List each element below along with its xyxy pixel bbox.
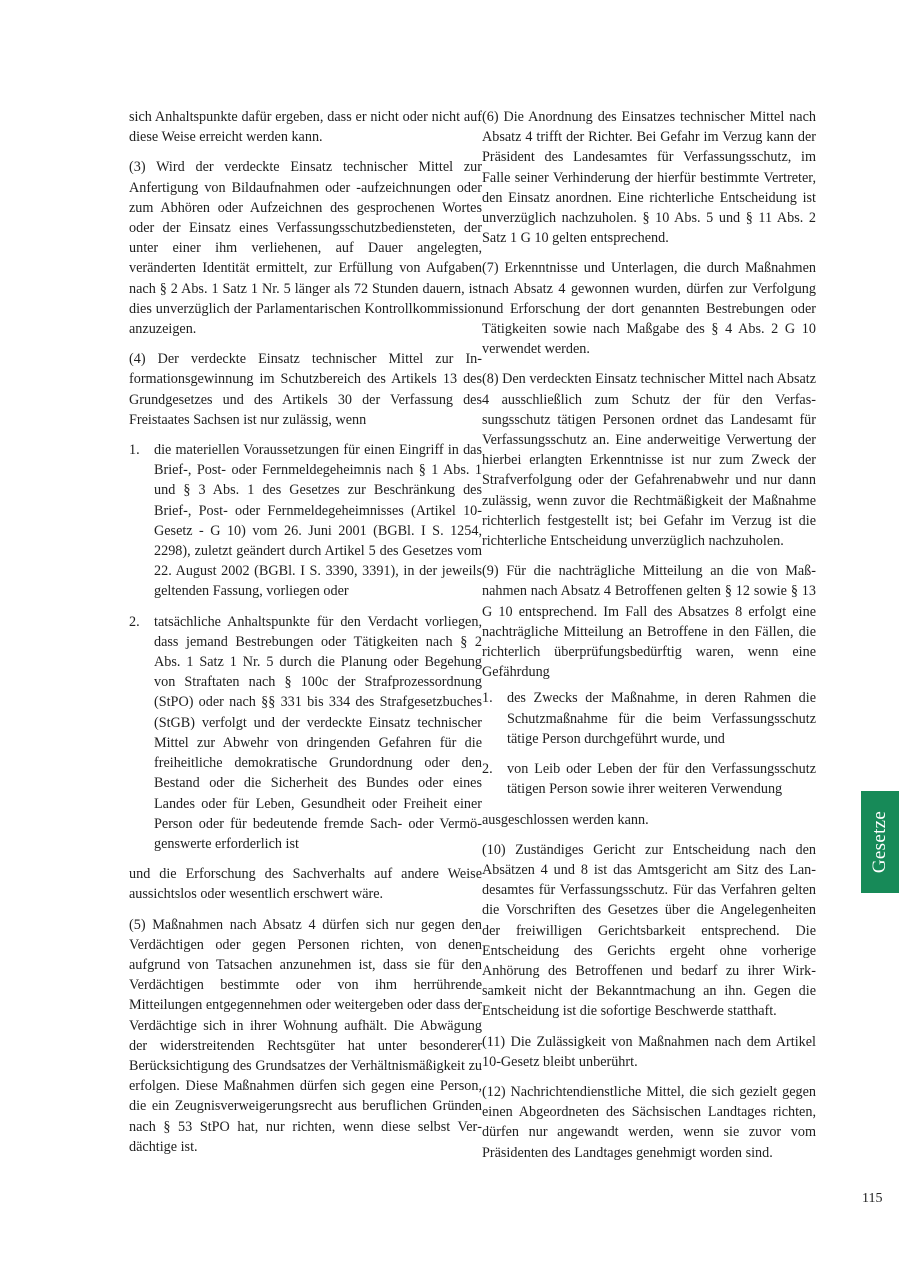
list-item: 1. die materiellen Voraussetzungen für e… (129, 440, 482, 602)
section-tab-gesetze: Gesetze (861, 791, 899, 893)
paragraph-5: (5) Maßnahmen nach Absatz 4 dürfen sich … (129, 915, 482, 1157)
list-number: 2. (482, 759, 507, 799)
paragraph-3: (3) Wird der verdeckte Einsatz technisch… (129, 157, 482, 339)
list-text: tatsächliche Anhaltspunkte für den Verda… (154, 612, 482, 854)
list-item: 2. von Leib oder Leben der für den Verfa… (482, 759, 816, 799)
list-number: 1. (129, 440, 154, 602)
paragraph-4: (4) Der verdeckte Einsatz technischer Mi… (129, 349, 482, 430)
paragraph-7: (7) Erkenntnisse und Unterlagen, die dur… (482, 258, 816, 359)
list-number: 2. (129, 612, 154, 854)
list-text: die materiellen Voraussetzungen für eine… (154, 440, 482, 602)
paragraph-4-tail: und die Erforschung des Sachverhalts auf… (129, 864, 482, 904)
section-tab-label: Gesetze (869, 811, 891, 873)
right-column: (6) Die Anordnung des Einsatzes technisc… (482, 107, 816, 1173)
list-number: 1. (482, 688, 507, 749)
list-item: 2. tatsächliche Anhaltspunkte für den Ve… (129, 612, 482, 854)
paragraph-11: (11) Die Zulässigkeit von Maßnahmen nach… (482, 1032, 816, 1072)
paragraph-9: (9) Für die nachträgliche Mitteilung an … (482, 561, 816, 682)
list-text: des Zwecks der Maßnahme, in deren Rahmen… (507, 688, 816, 749)
list-text: von Leib oder Leben der für den Verfassu… (507, 759, 816, 799)
left-column: sich Anhaltspunkte dafür ergeben, dass e… (129, 107, 482, 1167)
paragraph-continuation: sich Anhaltspunkte dafür ergeben, dass e… (129, 107, 482, 147)
paragraph-9-tail: ausgeschlossen werden kann. (482, 810, 816, 830)
paragraph-9-list: 1. des Zwecks der Maßnahme, in deren Rah… (482, 688, 816, 799)
list-item: 1. des Zwecks der Maßnahme, in deren Rah… (482, 688, 816, 749)
paragraph-6: (6) Die Anordnung des Einsatzes technisc… (482, 107, 816, 248)
paragraph-10: (10) Zuständiges Gericht zur Entscheidun… (482, 840, 816, 1022)
paragraph-4-list: 1. die materiellen Voraussetzungen für e… (129, 440, 482, 854)
page-number: 115 (862, 1191, 882, 1207)
paragraph-8: (8) Den verdeckten Einsatz technischer M… (482, 369, 816, 551)
paragraph-12: (12) Nachrichtendienstliche Mittel, die … (482, 1082, 816, 1163)
